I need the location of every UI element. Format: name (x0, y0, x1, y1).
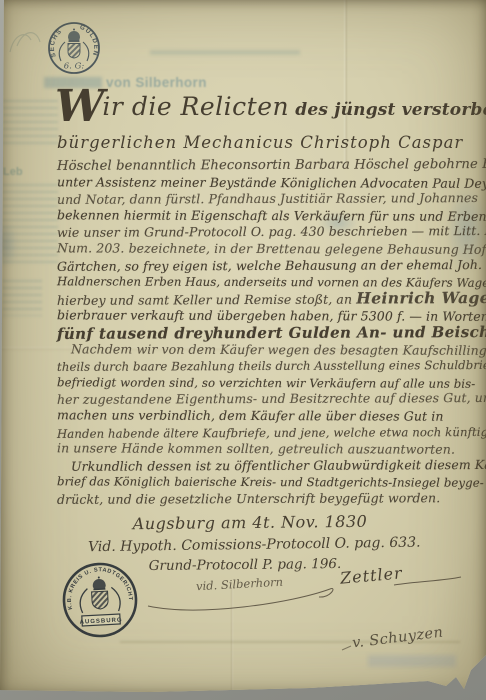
scanned-deed-photo: { "colors": { "paper": "#d5cfad", "ink":… (0, 0, 486, 700)
bleed-line (150, 50, 300, 55)
manuscript-line: und Notar, dann fürstl. Pfandhaus Justit… (57, 190, 453, 208)
manuscript-line: theils durch baare Bezahlung theils durc… (57, 357, 453, 375)
signature-clerk: vid. Silberhorn (196, 575, 284, 594)
svg-text:SECHS: SECHS (49, 28, 64, 59)
crown-icon (92, 576, 106, 590)
text-run: Heinrich Wagenseil (356, 288, 486, 308)
text-run: bekennen hiermit in Eigenschaft als Verk… (57, 207, 486, 224)
branch-left (79, 589, 88, 613)
text-run: bürgerlichen Mechanicus Christoph Caspar (57, 133, 463, 152)
stamp-left-text: SECHS (49, 28, 64, 59)
deed-subject-line: bürgerlichen Mechanicus Christoph Caspar (57, 133, 463, 152)
text-run: brief das Königlich baierische Kreis- un… (57, 475, 484, 490)
text-run: des jüngst verstorbenen (289, 100, 486, 120)
text-run: machen uns verbindlich, dem Käufer alle … (57, 407, 444, 423)
manuscript-line: Handen habende ältere Kaufbriefe, und je… (57, 424, 453, 442)
faint-blue-mark (368, 655, 456, 667)
manuscript-line: fünf tausend dreyhundert Gulden An- und … (57, 324, 453, 342)
augsburg-court-seal: K.B. KREIS U. STADTGERICHT AUGSBURG (58, 558, 142, 642)
deed-opening-line: Wir die Relicten des jüngst verstorbenen (55, 92, 486, 121)
manuscript-line: unter Assistenz meiner Beystände Königli… (57, 174, 453, 192)
paper-crease (231, 588, 233, 692)
manuscript-line: hierbey und samt Keller und Remise stoßt… (57, 290, 453, 309)
text-run: Num. 203. bezeichnete, in der Brettenau … (57, 240, 486, 257)
signature-tick (342, 646, 351, 650)
text-run: befriedigt worden sind, so verzichten wi… (57, 375, 475, 390)
text-run: Gärtchen, so frey eigen ist, welche Beha… (57, 256, 486, 273)
signature-flourish-right (394, 577, 461, 585)
text-run: bierbrauer verkauft und übergeben haben,… (57, 308, 486, 325)
branch-right (83, 42, 89, 61)
manuscript-line: wie unser im Grund-Protocoll O. pag. 430… (57, 224, 453, 242)
land-protocol-reference: Grund-Protocoll P. pag. 196. (120, 556, 370, 575)
bleed-side-word: Leb (3, 166, 23, 178)
manuscript-line: in unsere Hände kommen sollten, getreuli… (57, 440, 453, 458)
deed-paper-sheet: von Silberhorn Leb SECHS GULDEN (0, 0, 486, 700)
manuscript-line: Nachdem wir von dem Käufer wegen des bes… (57, 341, 453, 359)
text-run: und Notar, dann fürstl. Pfandhaus Justit… (57, 190, 478, 207)
text-run: in unsere Hände kommen sollten, getreuli… (57, 440, 455, 456)
manuscript-line: her zugestandene Eigenthums- und Besitzr… (57, 390, 453, 408)
bavaria-lozenge-shield (92, 591, 109, 609)
text-run: Handen habende ältere Kaufbriefe, und je… (57, 424, 486, 440)
text-run: Nachdem wir von dem Käufer wegen des bes… (71, 341, 486, 357)
text-run: unter Assistenz meiner Beystände Königli… (57, 174, 486, 191)
signature-bottom-right: v. Schuyzen (351, 624, 444, 651)
signature-official: Zettler (339, 563, 403, 587)
stamp-value: 6. G: (64, 62, 85, 72)
manuscript-line: Höschel benanntlich Eheconsortin Barbara… (57, 157, 453, 175)
manuscript-line: bekennen hiermit in Eigenschaft als Verk… (57, 207, 453, 225)
text-run: fünf tausend dreyhundert Gulden An- und … (57, 323, 486, 343)
text-run: Höschel benanntlich Eheconsortin Barbara… (57, 157, 486, 174)
manuscript-line: Urkundlich dessen ist zu öffentlicher Gl… (57, 457, 453, 475)
manuscript-line: Num. 203. bezeichnete, in der Brettenau … (57, 240, 453, 258)
text-run: Urkundlich dessen ist zu öffentlicher Gl… (71, 457, 486, 474)
crown-icon (68, 29, 80, 42)
bavaria-lozenge-shield (68, 44, 80, 59)
text-run: ir die Relicten (102, 92, 289, 121)
dateline: Augsburg am 4t. Nov. 1830 (130, 512, 370, 534)
text-run: W (55, 81, 102, 132)
branch-right (111, 587, 120, 611)
bleed-paragraph (2, 280, 42, 316)
bleed-heading-text: von Silberhorn (106, 75, 207, 90)
manuscript-line: brief das Königlich baierische Kreis- un… (57, 474, 453, 492)
pencil-squiggle (10, 33, 40, 52)
manuscript-line: befriedigt worden sind, so verzichten wi… (57, 374, 453, 392)
manuscript-line: Gärtchen, so frey eigen ist, welche Beha… (57, 257, 453, 275)
bleed-paragraph (2, 100, 58, 144)
manuscript-line: machen uns verbindlich, dem Käufer alle … (57, 407, 453, 425)
manuscript-body: Höschel benanntlich Eheconsortin Barbara… (57, 158, 453, 507)
branch-left (59, 42, 65, 61)
signature-flourish-left (148, 589, 333, 610)
manuscript-line: drückt, und die gesetzliche Unterschrift… (57, 490, 453, 508)
text-run: wie unser im Grund-Protocoll O. pag. 430… (57, 223, 486, 240)
text-run: drückt, und die gesetzliche Unterschrift… (57, 490, 440, 507)
text-run: hierbey und samt Keller und Remise stoßt… (57, 291, 356, 307)
text-run: her zugestandene Eigenthums- und Besitzr… (57, 390, 486, 407)
text-run: theils durch baare Bezahlung theils durc… (57, 358, 486, 374)
six-gulden-revenue-stamp: SECHS GULDEN 6. G: (46, 20, 102, 76)
hypothec-protocol-reference: Vid. Hypoth. Comissions-Protocoll O. pag… (88, 535, 408, 555)
